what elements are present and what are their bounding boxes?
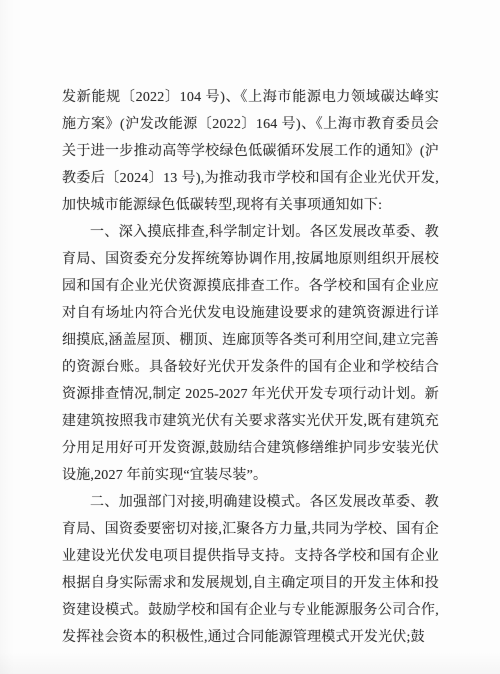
paragraph-section-one: 一、深入摸底排查,科学制定计划。各区发展改革委、教育局、国资委充分发挥统筹协调作… (62, 219, 439, 489)
paragraph-continuation: 发新能规〔2022〕104 号)、《上海市能源电力领域碳达峰实施方案》(沪发改能… (62, 84, 439, 219)
scanned-document-page: 发新能规〔2022〕104 号)、《上海市能源电力领域碳达峰实施方案》(沪发改能… (0, 0, 500, 674)
page-footer: — 2 — (80, 628, 121, 644)
document-body: 发新能规〔2022〕104 号)、《上海市能源电力领域碳达峰实施方案》(沪发改能… (62, 84, 439, 651)
footer-dash-right: — (109, 629, 121, 644)
footer-dash-left: — (80, 629, 92, 644)
page-number: 2 (97, 628, 104, 644)
paragraph-section-two: 二、加强部门对接,明确建设模式。各区发展改革委、教育局、国资委要密切对接,汇聚各… (62, 489, 439, 651)
